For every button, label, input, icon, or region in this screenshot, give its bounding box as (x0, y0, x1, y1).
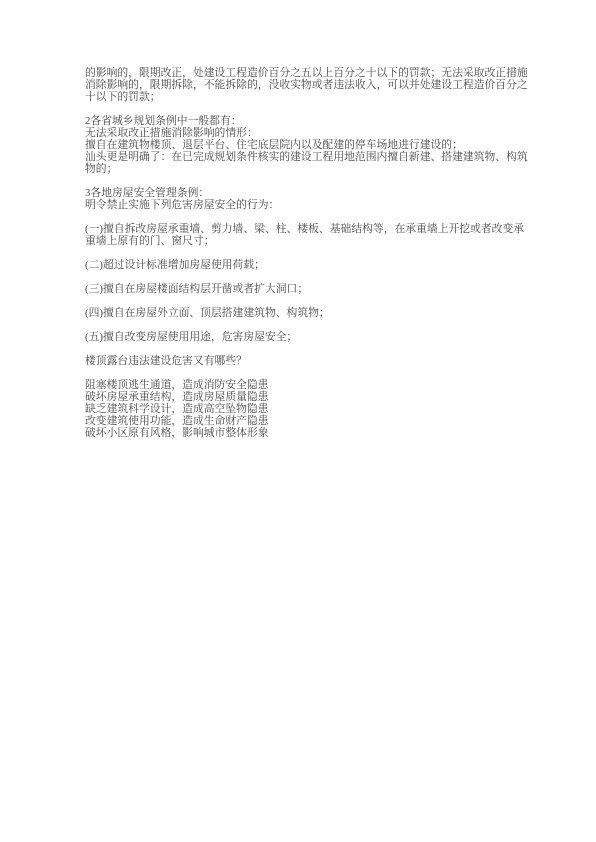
paragraph: (四)擅自在房屋外立面、顶层搭建建筑物、构筑物； (85, 307, 528, 319)
paragraph: (二)超过设计标准增加房屋使用荷载； (85, 259, 528, 271)
text-line: 2各省城乡规划条例中一般都有： (85, 115, 528, 127)
paragraph: 2各省城乡规划条例中一般都有： 无法采取改正措施消除影响的情形： 擅自在建筑物楼… (85, 115, 528, 175)
text-line: 阻塞楼顶逃生通道，造成消防安全隐患 (85, 379, 528, 391)
paragraph: 的影响的，限期改正，处建设工程造价百分之五以上百分之十以下的罚款；无法采取改正措… (85, 67, 528, 103)
text-line: 改变建筑使用功能，造成生命财产隐患 (85, 415, 528, 427)
text-line: 消除影响的，限期拆除，不能拆除的，没收实物或者违法收入，可以并处建设工程造价百分… (85, 79, 528, 91)
document-text-block: 的影响的，限期改正，处建设工程造价百分之五以上百分之十以下的罚款；无法采取改正措… (85, 67, 528, 451)
paragraph: 阻塞楼顶逃生通道，造成消防安全隐患 破坏房屋承重结构，造成房屋质量隐患 缺乏建筑… (85, 379, 528, 439)
text-line: (五)擅自改变房屋使用用途，危害房屋安全； (85, 331, 528, 343)
text-line: 明令禁止实施下列危害房屋安全的行为： (85, 199, 528, 211)
paragraph: (五)擅自改变房屋使用用途，危害房屋安全； (85, 331, 528, 343)
paragraph: 楼顶露台违法建设危害又有哪些？ (85, 355, 528, 367)
text-line: 无法采取改正措施消除影响的情形： (85, 127, 528, 139)
text-line: (二)超过设计标准增加房屋使用荷载； (85, 259, 528, 271)
document-page: 的影响的，限期改正，处建设工程造价百分之五以上百分之十以下的罚款；无法采取改正措… (0, 0, 596, 842)
text-line: 3各地房屋安全管理条例： (85, 187, 528, 199)
text-line: (三)擅自在房屋楼面结构层开凿或者扩大洞口； (85, 283, 528, 295)
text-line: 缺乏建筑科学设计，造成高空坠物隐患 (85, 403, 528, 415)
text-line: 重墙上原有的门、窗尺寸； (85, 235, 528, 247)
text-line: 楼顶露台违法建设危害又有哪些？ (85, 355, 528, 367)
text-line: (一)擅自拆改房屋承重墙、剪力墙、梁、柱、楼板、基础结构等，在承重墙上开挖或者改… (85, 223, 528, 235)
text-line: 十以下的罚款； (85, 91, 528, 103)
paragraph: (一)擅自拆改房屋承重墙、剪力墙、梁、柱、楼板、基础结构等，在承重墙上开挖或者改… (85, 223, 528, 247)
text-line: 破坏房屋承重结构，造成房屋质量隐患 (85, 391, 528, 403)
text-line: (四)擅自在房屋外立面、顶层搭建建筑物、构筑物； (85, 307, 528, 319)
text-line: 物的； (85, 163, 528, 175)
paragraph: (三)擅自在房屋楼面结构层开凿或者扩大洞口； (85, 283, 528, 295)
text-line: 的影响的，限期改正，处建设工程造价百分之五以上百分之十以下的罚款；无法采取改正措… (85, 67, 528, 79)
text-line: 汕头更是明确了：在已完成规划条件核实的建设工程用地范围内擅自新建、搭建建筑物、构… (85, 151, 528, 163)
text-line: 破坏小区原有风格，影响城市整体形象 (85, 427, 528, 439)
paragraph: 3各地房屋安全管理条例： 明令禁止实施下列危害房屋安全的行为： (85, 187, 528, 211)
text-line: 擅自在建筑物楼顶、退层平台、住宅底层院内以及配建的停车场地进行建设的； (85, 139, 528, 151)
